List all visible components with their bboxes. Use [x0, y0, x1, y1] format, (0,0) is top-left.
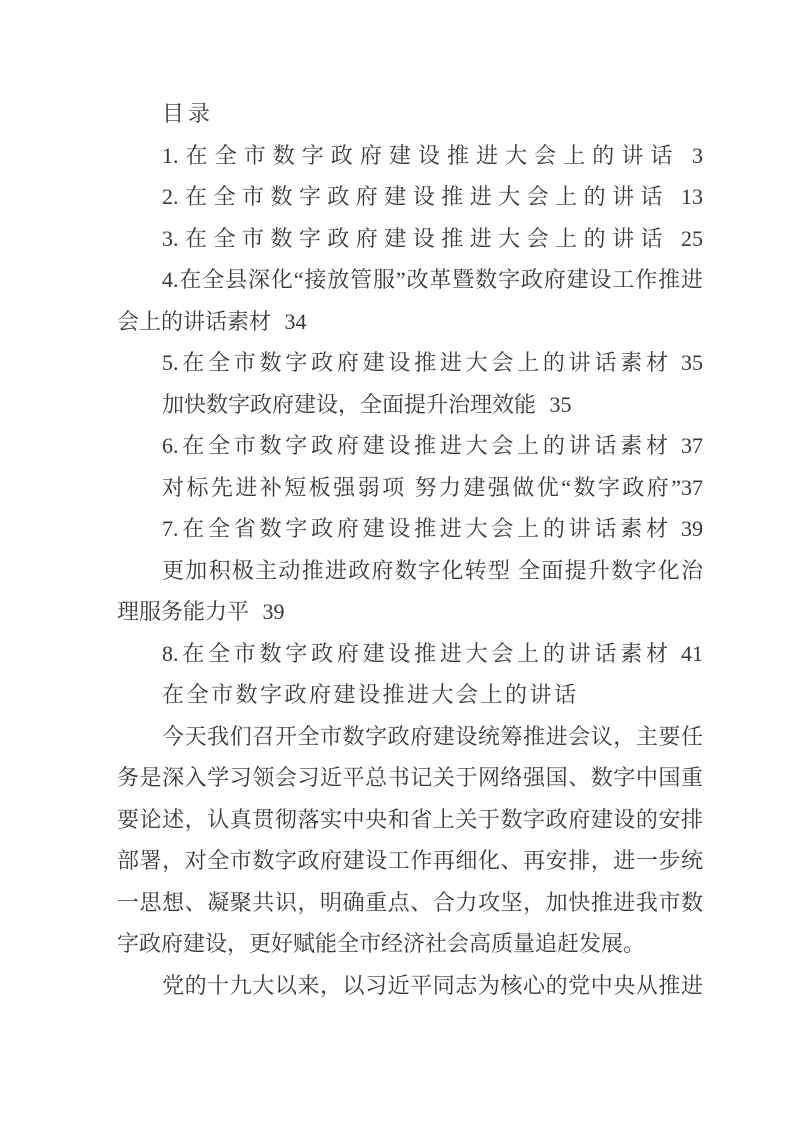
document-content: 目录1.在全市数字政府建设推进大会上的讲话 32.在全市数字政府建设推进大会上的… — [117, 93, 703, 1006]
body-paragraph-line: 部署，对全市数字政府建设工作再细化、再安排，进一步统 — [117, 840, 703, 882]
page-number: 25 — [681, 226, 703, 251]
toc-subtitle-text: 理服务能力平 — [117, 599, 249, 624]
toc-entry-line: 3.在全市数字政府建设推进大会上的讲话 25 — [117, 218, 703, 260]
body-paragraph-line: 务是深入学习领会习近平总书记关于网络强国、数字中国重 — [117, 757, 703, 799]
toc-subtitle-line: 加快数字政府建设，全面提升治理效能 35 — [117, 384, 703, 426]
toc-entry-text: 5.在全市数字政府建设推进大会上的讲话素材 — [162, 350, 672, 375]
toc-entry-line: 1.在全市数字政府建设推进大会上的讲话 3 — [117, 135, 703, 177]
page-number: 35 — [550, 392, 572, 417]
page-number: 13 — [681, 184, 703, 209]
document-page: 目录1.在全市数字政府建设推进大会上的讲话 32.在全市数字政府建设推进大会上的… — [0, 0, 793, 1122]
toc-subtitle-text: 对标先进补短板强弱项 努力建强做优“数字政府” — [162, 475, 681, 500]
toc-entry-text: 4.在全县深化“接放管服”改革暨数字政府建设工作推进 — [162, 267, 703, 292]
page-number: 39 — [263, 599, 285, 624]
toc-subtitle-line: 对标先进补短板强弱项 努力建强做优“数字政府”37 — [117, 467, 703, 509]
toc-heading-text: 目录 — [162, 101, 214, 126]
body-paragraph-text: 部署，对全市数字政府建设工作再细化、再安排，进一步统 — [117, 848, 703, 873]
toc-entry-text: 7.在全省数字政府建设推进大会上的讲话素材 — [162, 516, 672, 541]
toc-entry-line: 5.在全市数字政府建设推进大会上的讲话素材 35 — [117, 342, 703, 384]
toc-entry-line: 2.在全市数字政府建设推进大会上的讲话 13 — [117, 176, 703, 218]
section-title-text: 在全市数字政府建设推进大会上的讲话 — [162, 682, 579, 707]
toc-subtitle-line: 理服务能力平 39 — [117, 591, 703, 633]
toc-entry-text: 3.在全市数字政府建设推进大会上的讲话 — [162, 226, 669, 251]
page-number: 37 — [681, 475, 703, 500]
page-number: 35 — [681, 350, 703, 375]
body-paragraph-text: 要论述，认真贯彻落实中央和省上关于数字政府建设的安排 — [117, 807, 703, 832]
toc-subtitle-line: 更加积极主动推进政府数字化转型 全面提升数字化治 — [117, 550, 703, 592]
page-number: 39 — [681, 516, 703, 541]
section-title-line: 在全市数字政府建设推进大会上的讲话 — [117, 674, 703, 716]
toc-entry-line: 8.在全市数字政府建设推进大会上的讲话素材 41 — [117, 633, 703, 675]
toc-entry-text: 8.在全市数字政府建设推进大会上的讲话素材 — [162, 641, 672, 666]
page-number: 37 — [681, 433, 703, 458]
body-paragraph-line: 今天我们召开全市数字政府建设统筹推进会议，主要任 — [117, 716, 703, 758]
body-paragraph-line: 要论述，认真贯彻落实中央和省上关于数字政府建设的安排 — [117, 799, 703, 841]
toc-heading-line: 目录 — [117, 93, 703, 135]
page-number: 3 — [692, 143, 703, 168]
toc-entry-text: 2.在全市数字政府建设推进大会上的讲话 — [162, 184, 669, 209]
page-number: 34 — [285, 309, 307, 334]
toc-entry-text: 6.在全市数字政府建设推进大会上的讲话素材 — [162, 433, 672, 458]
body-paragraph-text: 字政府建设，更好赋能全市经济社会高质量追赶发展。 — [117, 931, 645, 956]
body-paragraph-line: 党的十九大以来，以习近平同志为核心的党中央从推进 — [117, 965, 703, 1007]
body-paragraph-text: 务是深入学习领会习近平总书记关于网络强国、数字中国重 — [117, 765, 703, 790]
toc-entry-text: 会上的讲话素材 — [117, 309, 271, 334]
body-paragraph-text: 党的十九大以来，以习近平同志为核心的党中央从推进 — [162, 973, 703, 998]
body-paragraph-line: 一思想、凝聚共识，明确重点、合力攻坚，加快推进我市数 — [117, 882, 703, 924]
body-paragraph-text: 今天我们召开全市数字政府建设统筹推进会议，主要任 — [162, 724, 703, 749]
body-paragraph-text: 一思想、凝聚共识，明确重点、合力攻坚，加快推进我市数 — [117, 890, 703, 915]
toc-subtitle-text: 加快数字政府建设，全面提升治理效能 — [162, 392, 536, 417]
toc-subtitle-text: 更加积极主动推进政府数字化转型 全面提升数字化治 — [162, 558, 703, 583]
toc-entry-line: 6.在全市数字政府建设推进大会上的讲话素材 37 — [117, 425, 703, 467]
toc-entry-line: 4.在全县深化“接放管服”改革暨数字政府建设工作推进 — [117, 259, 703, 301]
toc-entry-line: 7.在全省数字政府建设推进大会上的讲话素材 39 — [117, 508, 703, 550]
page-number: 41 — [681, 641, 703, 666]
toc-entry-text: 1.在全市数字政府建设推进大会上的讲话 — [162, 143, 679, 168]
toc-entry-line: 会上的讲话素材 34 — [117, 301, 703, 343]
body-paragraph-line: 字政府建设，更好赋能全市经济社会高质量追赶发展。 — [117, 923, 703, 965]
